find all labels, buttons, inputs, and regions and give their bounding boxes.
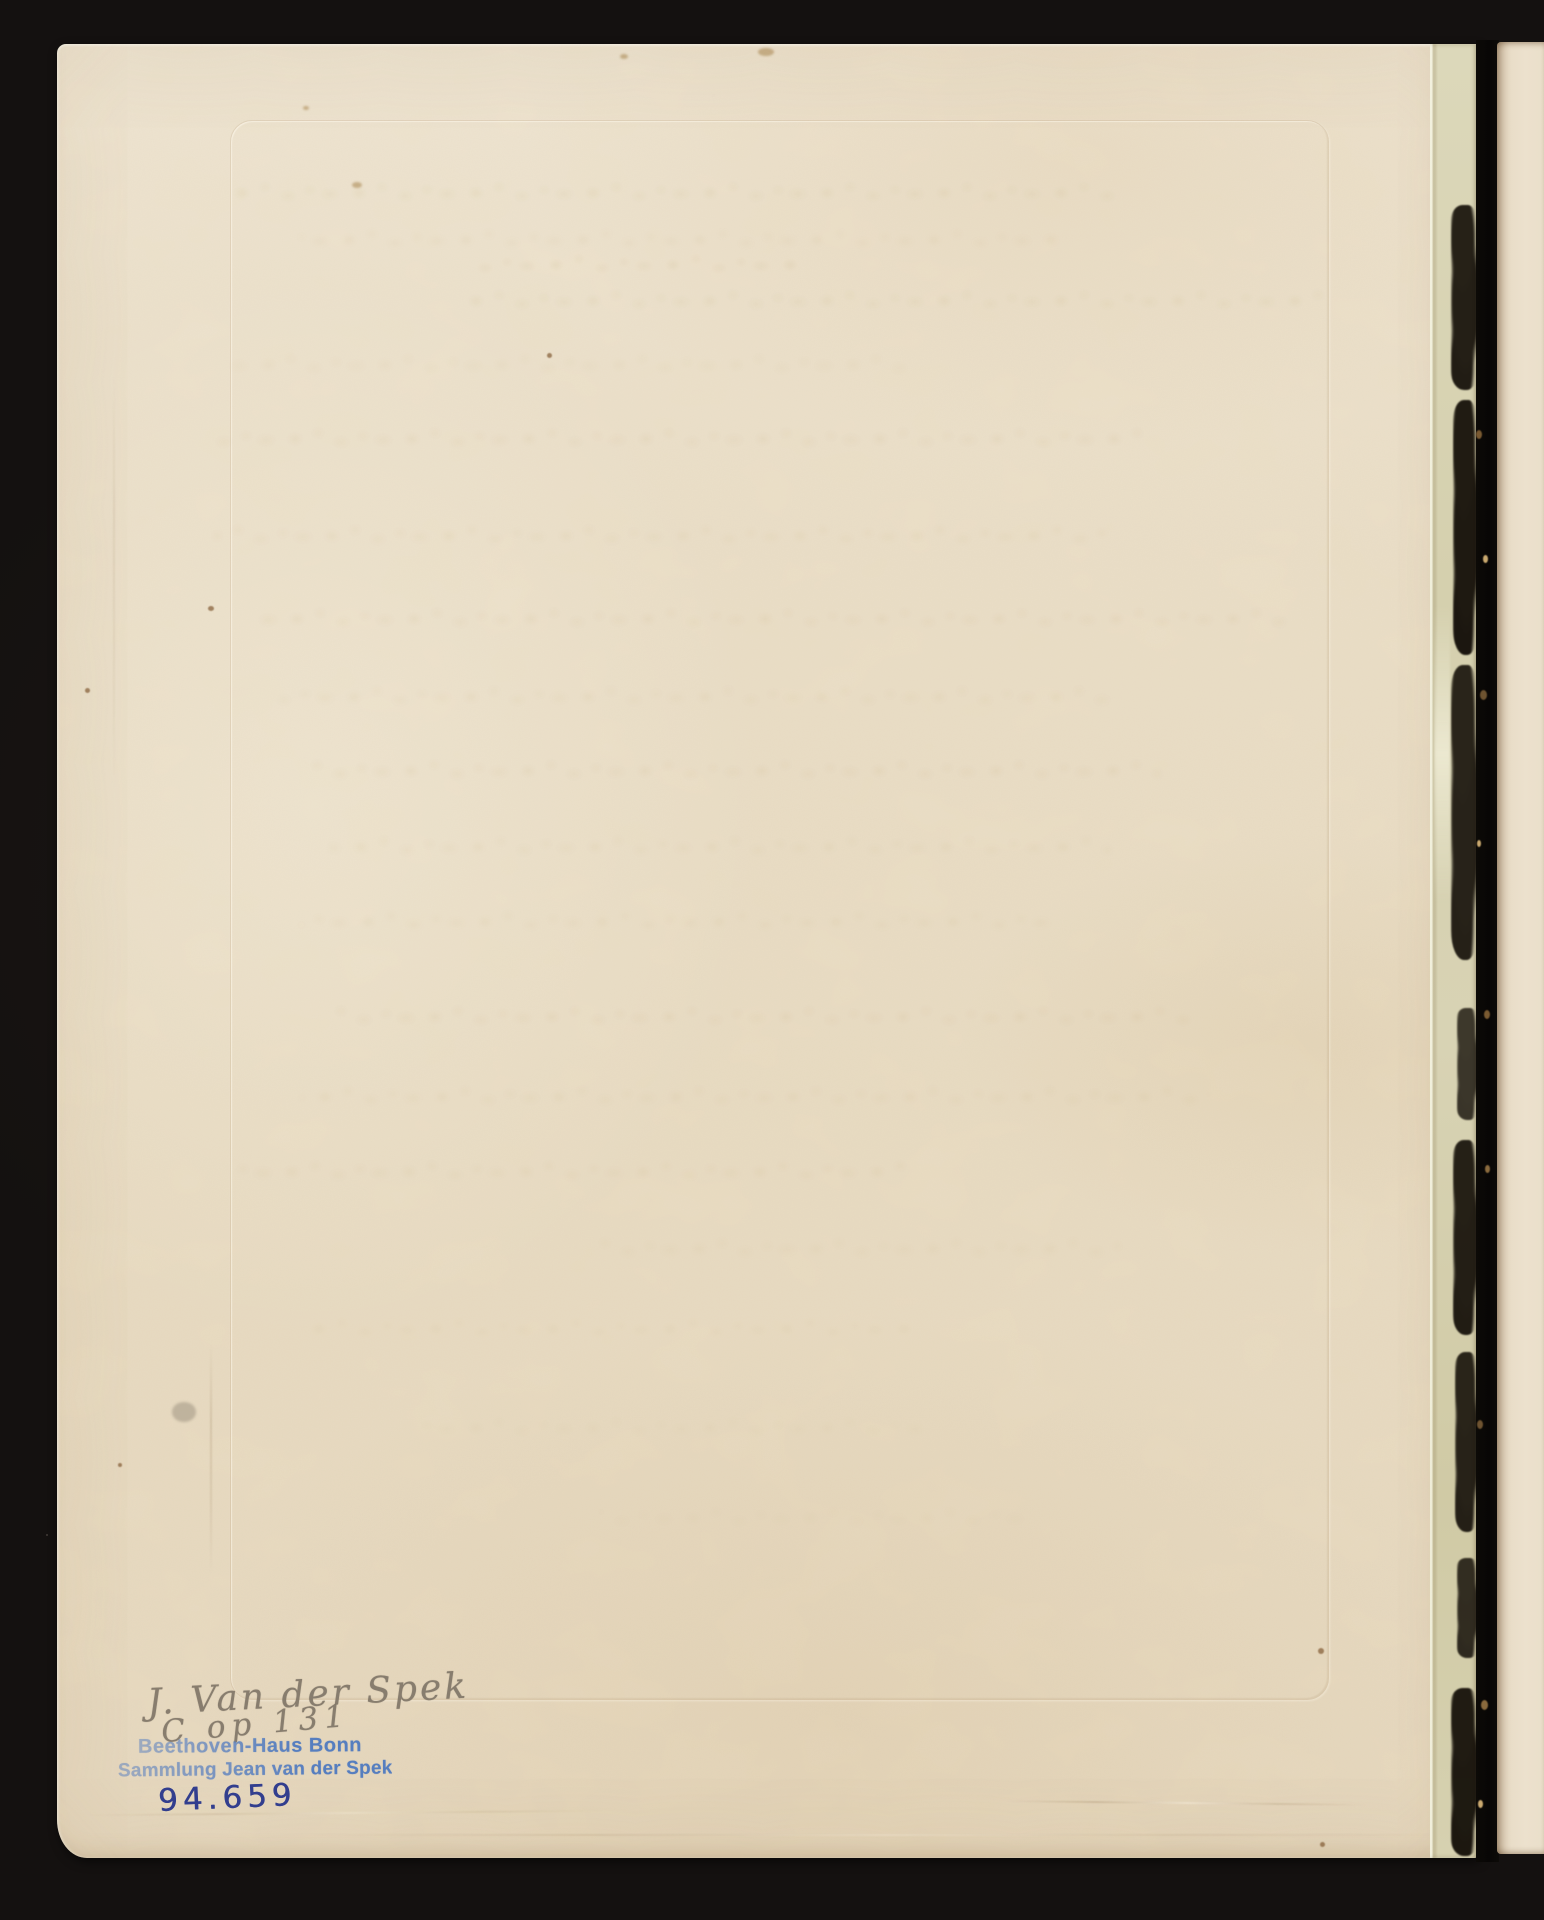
spine-debris (1476, 430, 1482, 439)
bleedthrough-row (300, 756, 1160, 784)
spine-debris (1485, 1165, 1490, 1173)
tape-residue-patch (1455, 1352, 1477, 1532)
bleedthrough-row (300, 1082, 1210, 1110)
binding-tape (1430, 44, 1478, 1858)
bleedthrough-row (330, 832, 1110, 860)
bleedthrough-row (225, 350, 915, 378)
bleedthrough-row (420, 1413, 940, 1441)
fox-spot (85, 688, 90, 693)
bleedthrough-row (300, 1314, 920, 1342)
fox-spot (758, 48, 774, 56)
facing-page-edge (1497, 42, 1544, 1854)
tape-residue-patch (1453, 400, 1477, 655)
spine-debris (1477, 840, 1481, 847)
bleedthrough-row (300, 225, 1070, 253)
tape-residue-patch (1451, 205, 1477, 390)
spine-debris (1484, 1010, 1490, 1019)
tape-residue-patch (1451, 665, 1477, 960)
fox-spot (303, 106, 309, 110)
bleedthrough-row (600, 1234, 1120, 1262)
dust-speck (712, 94, 715, 97)
bleedthrough-row (215, 521, 1115, 549)
tape-residue-patch (1457, 1008, 1477, 1120)
fox-spot (208, 606, 214, 611)
inventory-number: 94.659 (157, 1777, 297, 1819)
bleedthrough-row (230, 178, 1120, 206)
spine-debris (1477, 1420, 1483, 1429)
bleedthrough-row (600, 1503, 1030, 1531)
fox-spot (1318, 1648, 1324, 1654)
spine-gap (1476, 40, 1499, 1862)
fox-spot (118, 1463, 122, 1467)
dust-speck (1236, 1210, 1238, 1213)
paper-crease (210, 1344, 212, 1574)
fox-spot (620, 54, 628, 59)
dust-speck (46, 1534, 48, 1536)
fox-spot (547, 353, 552, 358)
bleedthrough-row (260, 604, 1290, 632)
archive-stamp-line-1: Beethoven-Haus Bonn (138, 1734, 362, 1759)
spine-debris (1480, 690, 1487, 700)
spine-debris (1481, 1700, 1488, 1710)
bleedthrough-row (470, 286, 1330, 314)
bleedthrough-row (300, 907, 1060, 935)
spine-debris (1483, 555, 1488, 563)
tape-highlight (1434, 604, 1450, 904)
tape-residue-patch (1453, 1140, 1477, 1335)
bleedthrough-row (230, 1157, 910, 1185)
bleedthrough-row (470, 250, 800, 278)
tape-residue-patch (1457, 1558, 1477, 1658)
paper-crease (113, 374, 115, 794)
fox-spot (352, 182, 362, 188)
paper-wrinkle (1007, 1800, 1367, 1806)
fox-spot (1320, 1842, 1325, 1847)
bleedthrough-row (280, 682, 1110, 710)
bleedthrough-row (215, 424, 1155, 452)
paper-wrinkle (307, 1834, 1467, 1836)
bleedthrough-row (330, 1002, 1190, 1030)
spine-debris (1478, 1800, 1483, 1808)
manuscript-page: J. Van der Spek C op 131 Beethoven-Haus … (57, 44, 1478, 1858)
tape-residue-patch (1451, 1688, 1477, 1856)
photo-background: J. Van der Spek C op 131 Beethoven-Haus … (0, 0, 1544, 1920)
fox-spot (172, 1402, 196, 1422)
